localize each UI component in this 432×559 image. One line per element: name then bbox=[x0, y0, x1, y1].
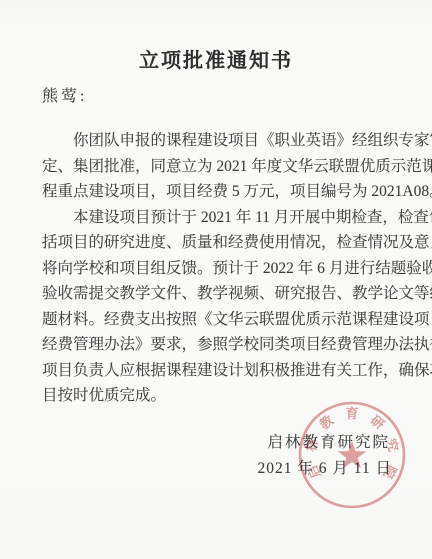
seal-char: 林 bbox=[303, 436, 321, 453]
body-line: 经费管理办法》要求，参照学校同类项目经费管理办法执行。 bbox=[42, 332, 398, 358]
official-seal-stamp: 启 林 教 育 研 究 院 bbox=[297, 400, 407, 510]
body-line: 程重点建设项目，项目经费 5 万元，项目编号为 2021A08。 bbox=[42, 179, 398, 205]
recipient-name: 熊莺: bbox=[42, 83, 87, 106]
body-line: 本建设项目预计于 2021 年 11 月开展中期检查，检查包 bbox=[42, 205, 398, 231]
seal-star-icon bbox=[338, 441, 367, 468]
body-line: 项目负责人应根据课程建设计划积极推进有关工作，确保项 bbox=[42, 358, 398, 384]
body-line: 验收需提交教学文件、教学视频、研究报告、教学论文等结 bbox=[42, 281, 398, 307]
body-line: 你团队申报的课程建设项目《职业英语》经组织专家审 bbox=[42, 128, 398, 154]
body-line: 将向学校和项目组反馈。预计于 2022 年 6 月进行结题验收， bbox=[42, 256, 398, 282]
notice-document: 立项批准通知书 熊莺: 你团队申报的课程建设项目《职业英语》经组织专家审 定、集… bbox=[0, 0, 432, 559]
body-line: 题材料。经费支出按照《文华云联盟优质示范课程建设项目 bbox=[42, 307, 398, 333]
seal-char: 育 bbox=[345, 406, 358, 421]
document-body: 你团队申报的课程建设项目《职业英语》经组织专家审 定、集团批准，同意立为 202… bbox=[42, 128, 398, 409]
body-line: 括项目的研究进度、质量和经费使用情况，检查情况及意见 bbox=[42, 230, 398, 256]
body-line: 定、集团批准，同意立为 2021 年度文华云联盟优质示范课 bbox=[42, 154, 398, 180]
document-title: 立项批准通知书 bbox=[0, 44, 432, 73]
seal-char: 究 bbox=[383, 437, 401, 453]
seal-char: 院 bbox=[380, 463, 399, 481]
seal-char: 启 bbox=[305, 463, 324, 481]
